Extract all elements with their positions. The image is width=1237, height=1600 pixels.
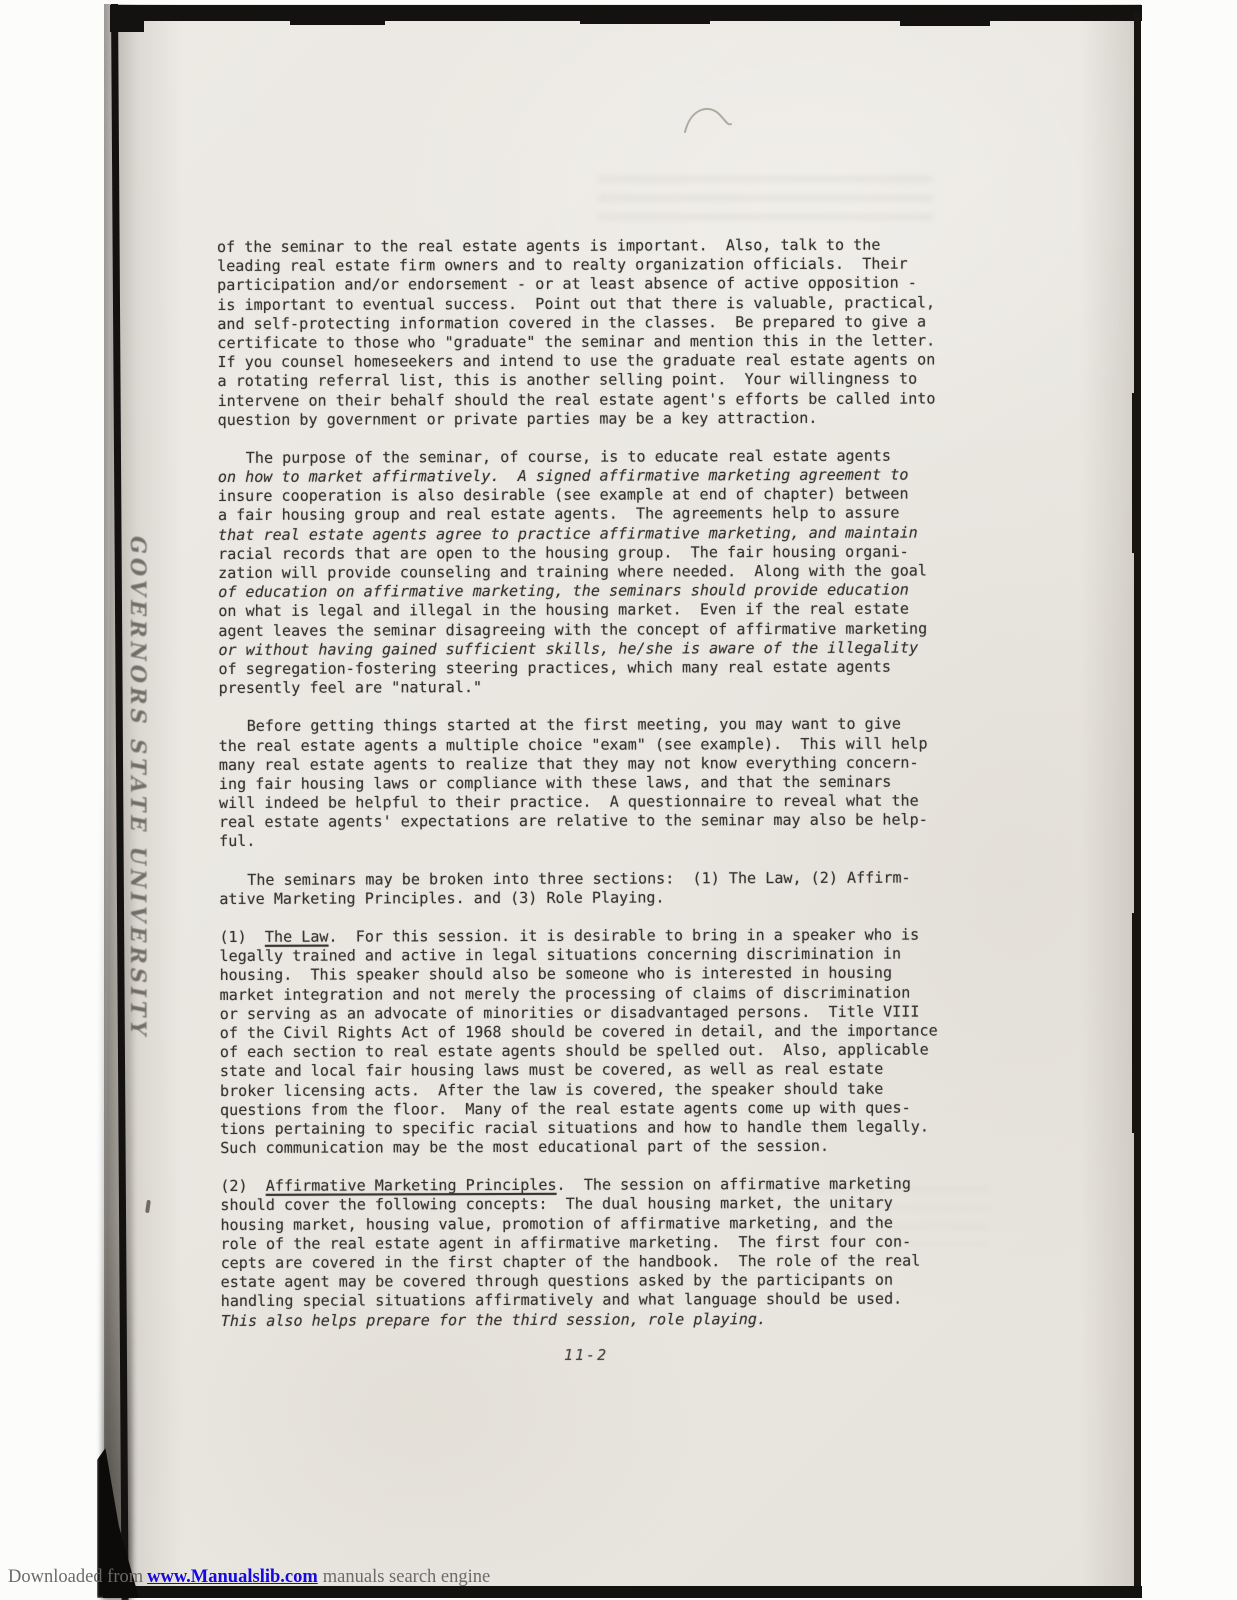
doc-line: ful. (219, 830, 1009, 852)
doc-line: presently feel are "natural." (219, 676, 1009, 698)
document-body: of the seminar to the real estate agents… (217, 235, 1011, 1350)
footer-prefix: Downloaded from (8, 1567, 143, 1587)
doc-line: of segregation-fostering steering practi… (218, 657, 1008, 679)
doc-line: This also helps prepare for the third se… (221, 1309, 1011, 1331)
continuation-paragraph: of the seminar to the real estate agents… (217, 235, 1008, 430)
doc-line: intervene on their behalf should the rea… (218, 389, 1008, 411)
manualslib-footer: Downloaded fromwww.Manualslib.commanuals… (8, 1567, 490, 1588)
scan-border-blob (580, 5, 710, 24)
doc-line: handling special situations affirmativel… (221, 1290, 1011, 1312)
doc-line: ative Marketing Principles. and (3) Role… (219, 887, 1009, 909)
first-meeting-exam-paragraph: Before getting things started at the fir… (219, 715, 1009, 852)
doc-line: Such communication may be the most educa… (220, 1136, 1010, 1158)
doc-line: The seminars may be broken into three se… (219, 868, 1009, 890)
scan-border-jog (1132, 393, 1135, 553)
scan-hair-mark (683, 102, 735, 138)
section-1-the-law: (1) The Law. For this session. it is des… (219, 925, 1010, 1158)
scan-border-blob (900, 5, 990, 26)
scan-border-blob (290, 5, 385, 25)
scan-border-right (1134, 13, 1141, 1592)
scan-border-jog (1132, 913, 1135, 1133)
page-number: 11-2 (564, 1346, 608, 1364)
doc-line: question by government or private partie… (218, 408, 1008, 430)
section-2-affirmative-marketing-principles: (2) Affirmative Marketing Principles. Th… (220, 1174, 1011, 1330)
scan-border-top (110, 5, 1142, 21)
manualslib-link[interactable]: www.Manualslib.com (147, 1567, 318, 1587)
doc-line: of each section to real estate agents sh… (220, 1040, 1010, 1062)
spine-stamp-text: GOVERNORS STATE UNIVERSITY (126, 536, 151, 1039)
footer-suffix: manuals search engine (323, 1567, 490, 1587)
doc-line: tions pertaining to specific racial situ… (220, 1117, 1010, 1139)
doc-line: real estate agents' expectations are rel… (219, 810, 1009, 832)
seminar-sections-paragraph: The seminars may be broken into three se… (219, 868, 1009, 909)
seminar-purpose-paragraph: The purpose of the seminar, of course, i… (218, 446, 1009, 698)
